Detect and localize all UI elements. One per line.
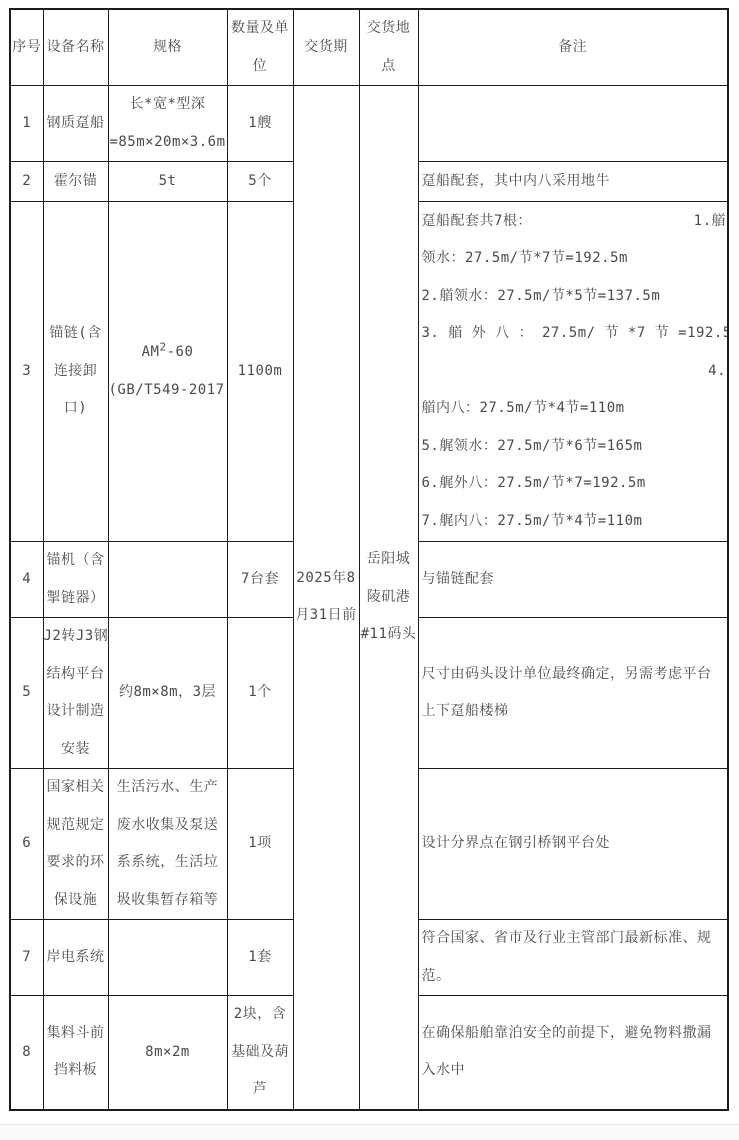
- cell-line: 6: [11, 825, 43, 863]
- header-row: 序号 设备名称 规格 数量及单 位 交货期 交货地 点 备注: [10, 9, 728, 86]
- cell-line: 1套: [228, 939, 293, 977]
- cell-line: 要求的环: [44, 844, 108, 882]
- row-2-spec: 5t: [108, 162, 227, 202]
- row-6-qty: 1项: [227, 769, 293, 920]
- cell-line: 3: [11, 353, 43, 391]
- cell-line: 系系统，生活垃: [109, 844, 227, 882]
- cell-line: 结构平台: [44, 656, 108, 694]
- remark-line-right: 1.艏: [694, 203, 726, 241]
- row-2-qty: 5个: [227, 162, 293, 202]
- cell-line: 陵矶港: [360, 579, 418, 617]
- row-8-spec: 8m×2m: [108, 996, 227, 1110]
- cell-line: 挡料板: [44, 1052, 108, 1090]
- cell-line: 连接卸: [44, 353, 108, 391]
- page-break-strip: [0, 1124, 739, 1140]
- row-7-qty: 1套: [227, 920, 293, 996]
- row-3-remark: 趸船配套共7根： 1.艏 领水：27.5m/节*7节=192.5m 2.艏领水：…: [418, 202, 728, 542]
- row-4-no: 4: [10, 542, 43, 618]
- cell-line: 趸船配套，其中内八采用地牛: [422, 163, 727, 201]
- row-2-name: 霍尔锚: [43, 162, 108, 202]
- cell-line: 1项: [228, 825, 293, 863]
- row-8-name: 集料斗前 挡料板: [43, 996, 108, 1110]
- cell-line: 2块，含: [228, 996, 293, 1034]
- spec-base: AM: [142, 344, 160, 360]
- row-6-remark: 设计分界点在钢引桥钢平台处: [418, 769, 728, 920]
- cell-line: (GB/T549-2017): [109, 372, 227, 410]
- header-label: 设备名称: [44, 29, 108, 67]
- remark-line: 5.艉领水：27.5m/节*6节=165m: [422, 428, 727, 466]
- row-8-no: 8: [10, 996, 43, 1110]
- cell-line: 1100m: [228, 353, 293, 391]
- cell-line: 规范规定: [44, 807, 108, 845]
- header-cell-remark: 备注: [418, 9, 728, 86]
- cell-line: AM2-60: [109, 334, 227, 372]
- cell-line: 掣链器）: [44, 580, 108, 618]
- row-4-qty: 7台套: [227, 542, 293, 618]
- cell-line: 岸电系统: [44, 939, 108, 977]
- header-cell-no: 序号: [10, 9, 43, 86]
- cell-line: 8m×2m: [109, 1034, 227, 1072]
- cell-line: 月31日前: [294, 597, 359, 635]
- remark-line: 在确保船舶靠泊安全的前提下，避免物料撒漏: [422, 1015, 727, 1053]
- cell-line: J2转J3钢: [44, 618, 108, 656]
- header-label: 备注: [419, 29, 728, 67]
- cell-line: 集料斗前: [44, 1015, 108, 1053]
- row-7-spec: [108, 920, 227, 996]
- cell-line: 5个: [228, 163, 293, 201]
- cell-line: 国家相关: [44, 769, 108, 807]
- cell-line: 锚机（含: [44, 542, 108, 580]
- header-label: 数量及单: [228, 10, 293, 48]
- cell-line: 5t: [109, 163, 227, 201]
- cell-line: #11码头: [360, 616, 418, 654]
- remark-line: 符合国家、省市及行业主管部门最新标准、规: [422, 920, 727, 958]
- cell-line: [422, 105, 727, 143]
- table-row-1: 1 钢质趸船 长*宽*型深 =85m×20m×3.6m 1艘 2025年8 月3…: [10, 86, 728, 162]
- header-label: 交货期: [294, 29, 359, 67]
- remark-line: 入水中: [422, 1052, 727, 1090]
- cell-line: 7: [11, 939, 43, 977]
- row-1-qty: 1艘: [227, 86, 293, 162]
- cell-line: 长*宽*型深: [109, 86, 227, 124]
- header-cell-name: 设备名称: [43, 9, 108, 86]
- cell-line: 1艘: [228, 105, 293, 143]
- cell-line: 安装: [44, 731, 108, 769]
- document-page: 序号 设备名称 规格 数量及单 位 交货期 交货地 点 备注 1 钢质趸船 长*…: [0, 0, 739, 1140]
- header-cell-spec: 规格: [108, 9, 227, 86]
- cell-line: 霍尔锚: [44, 163, 108, 201]
- row-6-spec: 生活污水、生产 废水收集及泵送 系系统，生活垃 圾收集暂存箱等: [108, 769, 227, 920]
- row-1-no: 1: [10, 86, 43, 162]
- header-label: 位: [228, 48, 293, 86]
- delivery-location-cell: 岳阳城 陵矶港 #11码头: [359, 86, 418, 1110]
- cell-line: 约8m×8m，3层: [109, 674, 227, 712]
- cell-line: 钢质趸船: [44, 105, 108, 143]
- remark-line: 2.艏领水：27.5m/节*5节=137.5m: [422, 278, 727, 316]
- cell-line: 设计分界点在钢引桥钢平台处: [422, 825, 727, 863]
- cell-line: 设计制造: [44, 693, 108, 731]
- row-3-no: 3: [10, 202, 43, 542]
- cell-line: 圾收集暂存箱等: [109, 882, 227, 920]
- cell-line: 生活污水、生产: [109, 769, 227, 807]
- row-2-remark: 趸船配套，其中内八采用地牛: [418, 162, 728, 202]
- cell-line: 8: [11, 1034, 43, 1072]
- row-3-qty: 1100m: [227, 202, 293, 542]
- equipment-table: 序号 设备名称 规格 数量及单 位 交货期 交货地 点 备注 1 钢质趸船 长*…: [9, 8, 729, 1111]
- row-5-spec: 约8m×8m，3层: [108, 618, 227, 769]
- header-label: 序号: [11, 29, 43, 67]
- cell-line: =85m×20m×3.6m: [109, 124, 227, 162]
- delivery-period-cell: 2025年8 月31日前: [293, 86, 359, 1110]
- row-3-spec: AM2-60 (GB/T549-2017): [108, 202, 227, 542]
- row-5-qty: 1个: [227, 618, 293, 769]
- row-5-no: 5: [10, 618, 43, 769]
- remark-line: 尺寸由码头设计单位最终确定，另需考虑平台: [422, 656, 727, 694]
- row-7-name: 岸电系统: [43, 920, 108, 996]
- header-cell-qty: 数量及单 位: [227, 9, 293, 86]
- row-8-remark: 在确保船舶靠泊安全的前提下，避免物料撒漏 入水中: [418, 996, 728, 1110]
- remark-line: 7.艉内八：27.5m/节*4节=110m: [422, 503, 727, 541]
- cell-line: [109, 561, 227, 599]
- remark-line: 领水：27.5m/节*7节=192.5m: [422, 240, 727, 278]
- row-7-no: 7: [10, 920, 43, 996]
- row-6-no: 6: [10, 769, 43, 920]
- remark-line: 6.艉外八：27.5m/节*7=192.5m: [422, 465, 727, 503]
- cell-line: 口): [44, 390, 108, 428]
- remark-line: 范。: [422, 958, 727, 996]
- row-5-remark: 尺寸由码头设计单位最终确定，另需考虑平台 上下趸船楼梯: [418, 618, 728, 769]
- spec-superscript: 2: [159, 340, 166, 353]
- row-8-qty: 2块，含 基础及葫 芦: [227, 996, 293, 1110]
- cell-line: 岳阳城: [360, 541, 418, 579]
- cell-line: 2025年8: [294, 560, 359, 598]
- row-5-name: J2转J3钢 结构平台 设计制造 安装: [43, 618, 108, 769]
- header-label: 交货地: [360, 10, 418, 48]
- cell-line: 7台套: [228, 561, 293, 599]
- row-2-no: 2: [10, 162, 43, 202]
- header-cell-location: 交货地 点: [359, 9, 418, 86]
- cell-line: 与锚链配套: [422, 561, 727, 599]
- row-1-remark: [418, 86, 728, 162]
- remark-line: 4.: [422, 353, 727, 391]
- cell-line: 1个: [228, 674, 293, 712]
- remark-line: 3. 艏 外 八 ： 27.5m/ 节 *7 节 =192.5m: [422, 315, 727, 353]
- row-7-remark: 符合国家、省市及行业主管部门最新标准、规 范。: [418, 920, 728, 996]
- cell-line: 保设施: [44, 882, 108, 920]
- row-4-remark: 与锚链配套: [418, 542, 728, 618]
- cell-line: 1: [11, 105, 43, 143]
- remark-line: 艏内八：27.5m/节*4节=110m: [422, 390, 727, 428]
- remark-line-left: 趸船配套共7根：: [422, 203, 532, 241]
- remark-line: 趸船配套共7根： 1.艏: [422, 203, 727, 241]
- cell-line: 芦: [228, 1071, 293, 1109]
- row-1-name: 钢质趸船: [43, 86, 108, 162]
- cell-line: [109, 939, 227, 977]
- cell-line: 锚链(含: [44, 315, 108, 353]
- row-3-name: 锚链(含 连接卸 口): [43, 202, 108, 542]
- row-4-spec: [108, 542, 227, 618]
- cell-line: 基础及葫: [228, 1034, 293, 1072]
- spec-tail: -60: [167, 344, 194, 360]
- header-label: 规格: [109, 29, 227, 67]
- remark-line: 上下趸船楼梯: [422, 693, 727, 731]
- cell-line: 2: [11, 163, 43, 201]
- header-label: 点: [360, 48, 418, 86]
- row-1-spec: 长*宽*型深 =85m×20m×3.6m: [108, 86, 227, 162]
- row-6-name: 国家相关 规范规定 要求的环 保设施: [43, 769, 108, 920]
- cell-line: 废水收集及泵送: [109, 807, 227, 845]
- cell-line: 4: [11, 561, 43, 599]
- header-cell-period: 交货期: [293, 9, 359, 86]
- row-4-name: 锚机（含 掣链器）: [43, 542, 108, 618]
- cell-line: 5: [11, 674, 43, 712]
